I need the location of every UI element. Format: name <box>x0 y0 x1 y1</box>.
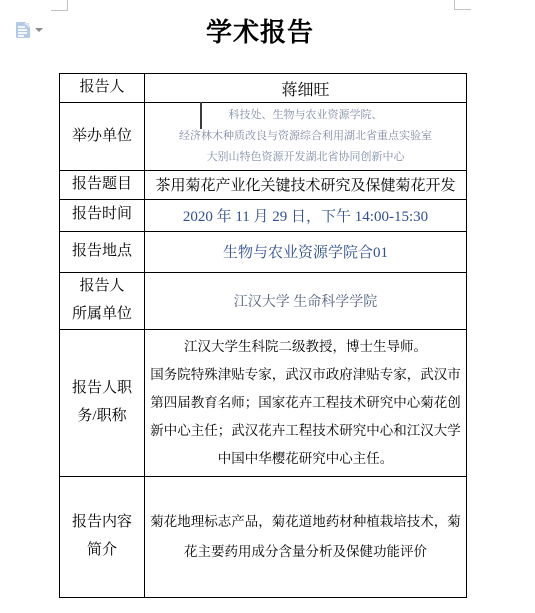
row-content[interactable]: 蒋细旺 <box>145 74 467 103</box>
margin-corner-mark-right <box>454 9 471 10</box>
row-content[interactable]: 菊花地理标志产品，菊花道地药材种植栽培技术，菊 花主要药用成分含量分析及保健功能… <box>145 476 467 597</box>
paste-icon <box>16 22 30 38</box>
table-row-organizer: 举办单位 科技处、生物与农业资源学院、 经济林木种质改良与资源综合利用湖北省重点… <box>60 103 467 171</box>
table-row-affiliation: 报告人 所属单位 江汉大学 生命科学学院 <box>60 272 467 329</box>
row-content[interactable]: 江汉大学 生命科学学院 <box>145 272 467 329</box>
paste-options-button[interactable] <box>14 21 46 39</box>
margin-corner-mark-left <box>51 10 68 11</box>
margin-corner-mark-right <box>454 0 455 10</box>
table-row-position-title: 报告人职 务/职称 江汉大学生科院二级教授，博士生导师。 国务院特殊津贴专家，武… <box>60 329 467 476</box>
row-content[interactable]: 生物与农业资源学院合01 <box>145 231 467 272</box>
row-content[interactable]: 茶用菊花产业化关键技术研究及保健菊花开发 <box>145 171 467 200</box>
table-row-summary: 报告内容 简介 菊花地理标志产品，菊花道地药材种植栽培技术，菊 花主要药用成分含… <box>60 476 467 597</box>
table-row-time: 报告时间 2020 年 11 月 29 日，下午 14:00-15:30 <box>60 199 467 231</box>
chevron-down-icon <box>35 28 43 32</box>
report-table: 报告人 蒋细旺 举办单位 科技处、生物与农业资源学院、 经济林木种质改良与资源综… <box>59 73 467 598</box>
row-content[interactable]: 2020 年 11 月 29 日，下午 14:00-15:30 <box>145 199 467 231</box>
text-caret <box>200 102 202 129</box>
table-row-topic: 报告题目 茶用菊花产业化关键技术研究及保健菊花开发 <box>60 171 467 200</box>
row-label[interactable]: 报告地点 <box>60 231 145 272</box>
document-page: 学术报告 报告人 蒋细旺 举办单位 科技处、生物与农业资源学院、 经济林木种质改… <box>0 0 535 613</box>
row-label[interactable]: 报告内容 简介 <box>60 476 145 597</box>
row-label[interactable]: 报告时间 <box>60 199 145 231</box>
row-label[interactable]: 报告人 所属单位 <box>60 272 145 329</box>
row-content[interactable]: 科技处、生物与农业资源学院、 经济林木种质改良与资源综合利用湖北省重点实验室 大… <box>145 103 467 171</box>
margin-corner-mark-left <box>67 0 68 11</box>
row-content[interactable]: 江汉大学生科院二级教授，博士生导师。 国务院特殊津贴专家，武汉市政府津贴专家，武… <box>145 329 467 476</box>
table-row-location: 报告地点 生物与农业资源学院合01 <box>60 231 467 272</box>
row-label[interactable]: 举办单位 <box>60 103 145 171</box>
page-title[interactable]: 学术报告 <box>60 17 460 48</box>
table-row-speaker: 报告人 蒋细旺 <box>60 74 467 103</box>
row-label[interactable]: 报告题目 <box>60 171 145 200</box>
row-label[interactable]: 报告人职 务/职称 <box>60 329 145 476</box>
row-label[interactable]: 报告人 <box>60 74 145 103</box>
